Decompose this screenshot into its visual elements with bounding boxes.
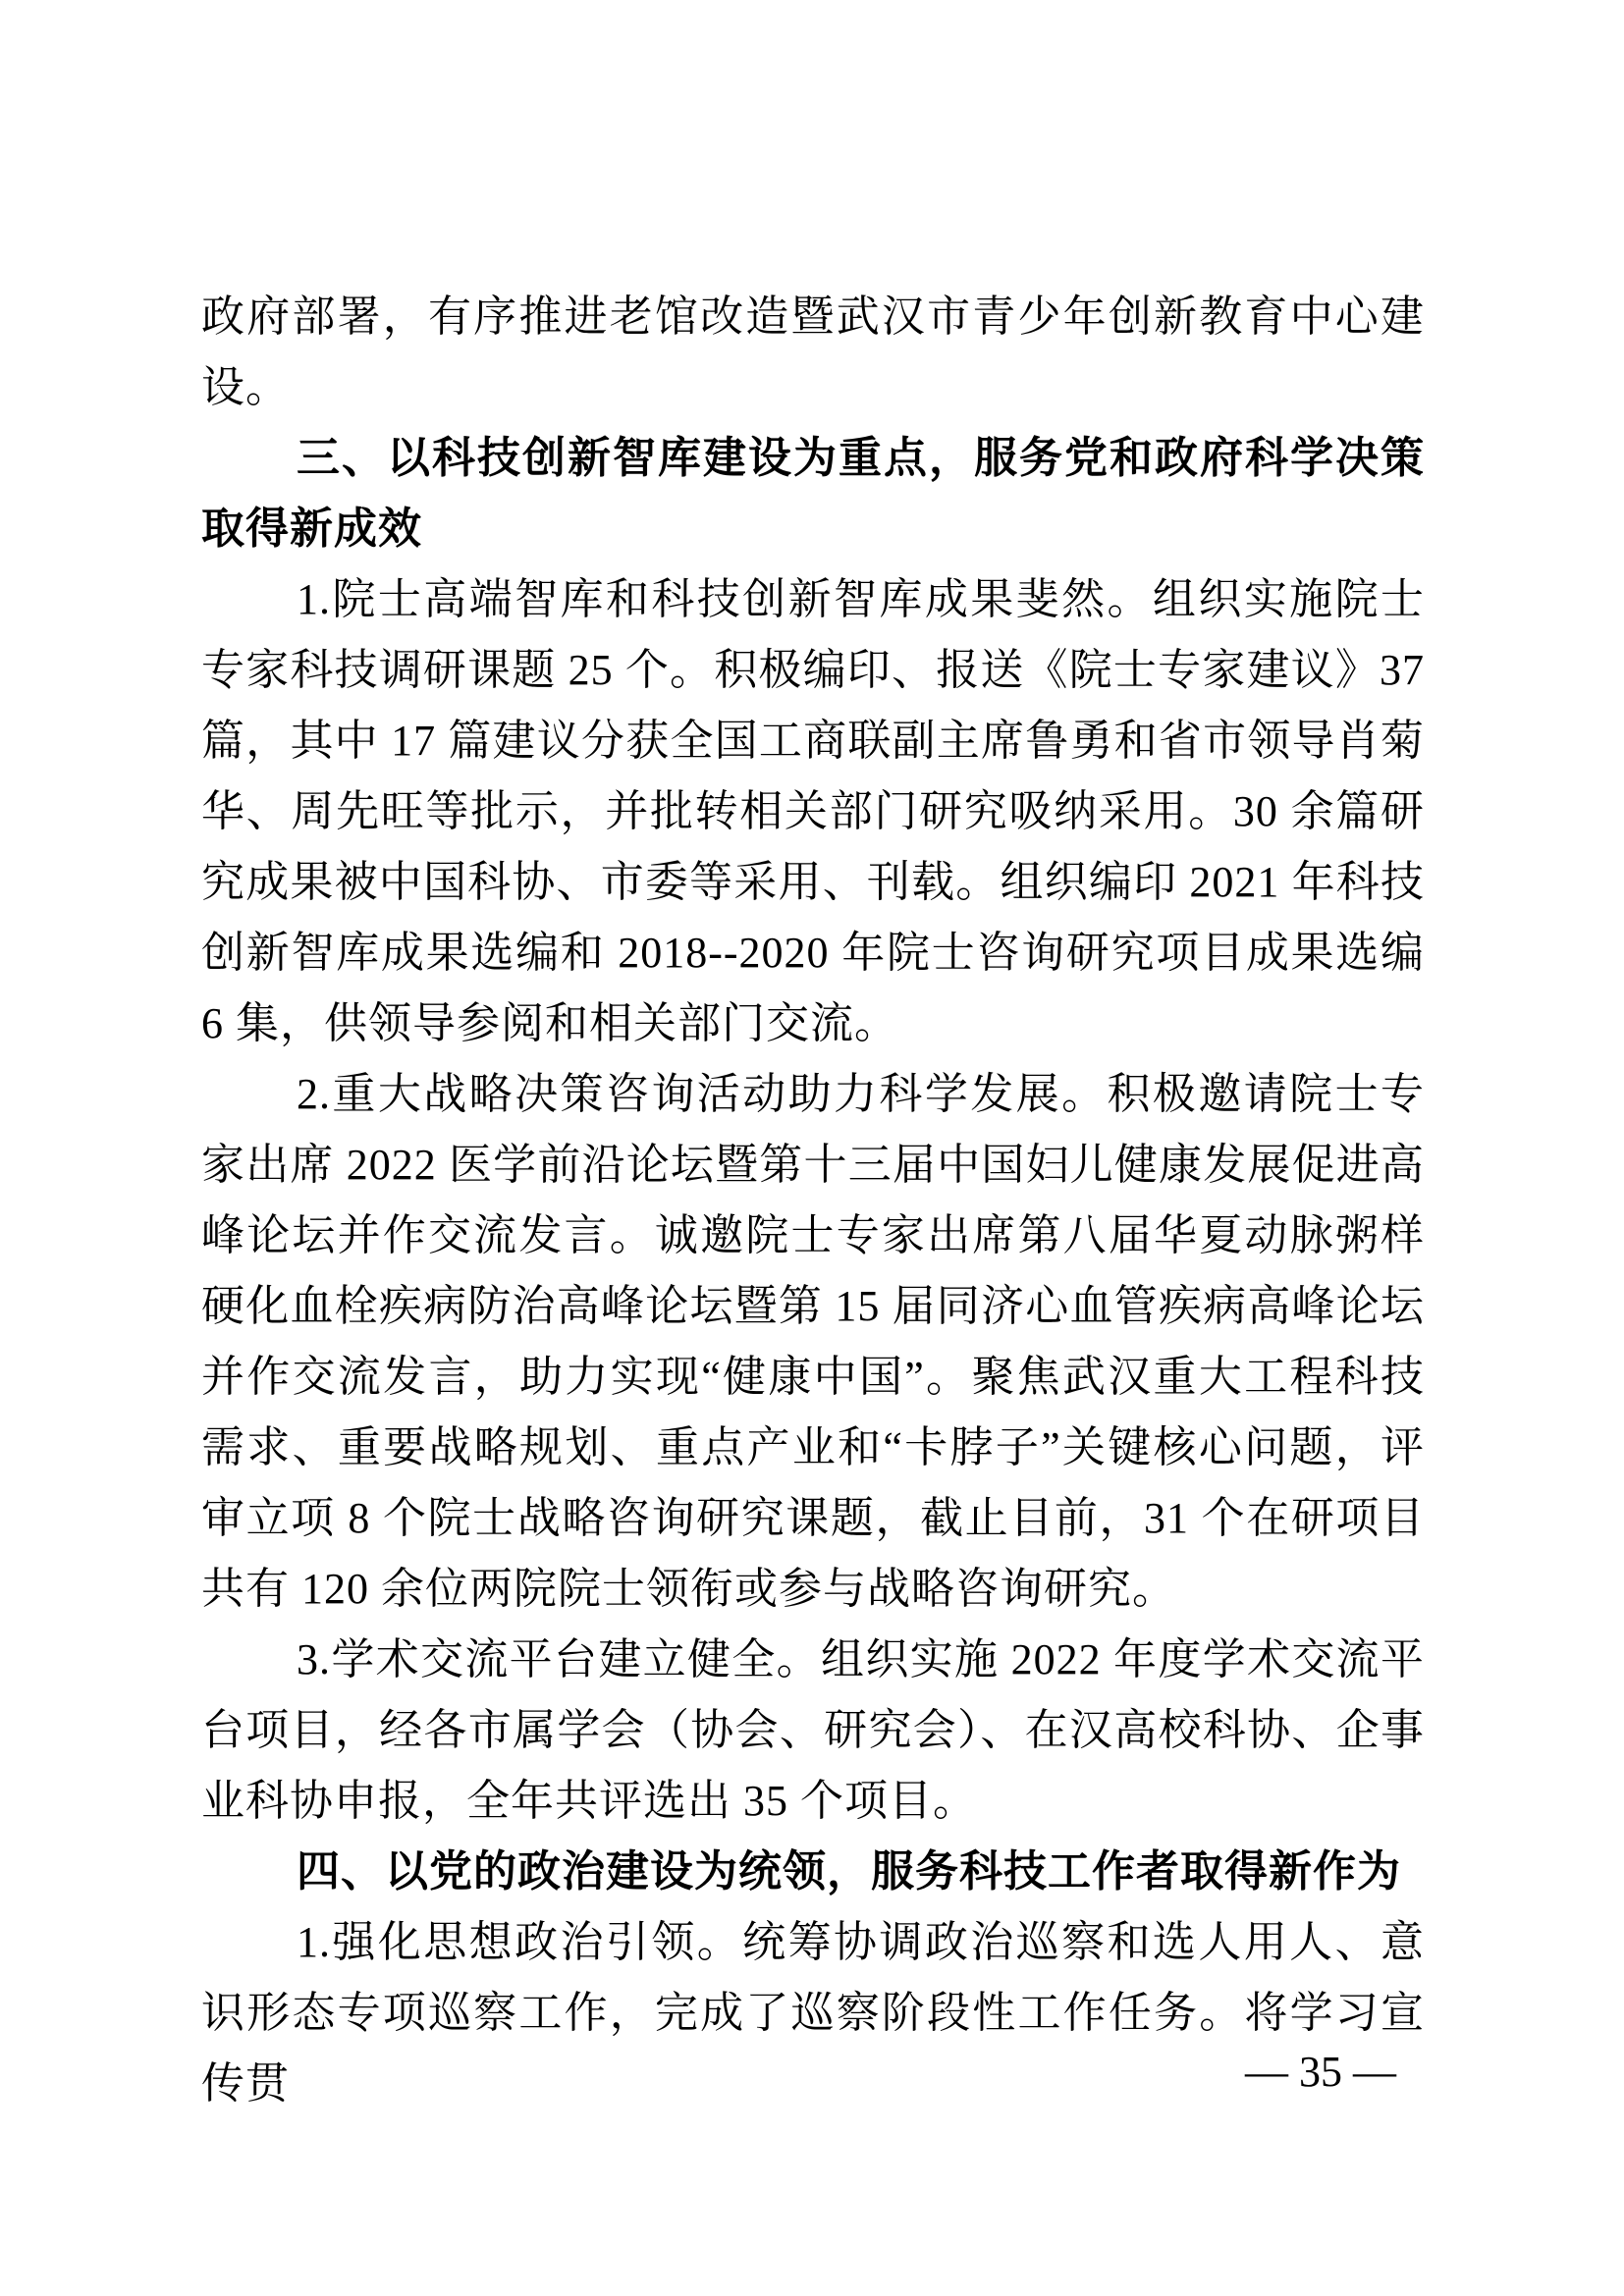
paragraph-3-2: 2.重大战略决策咨询活动助力科学发展。积极邀请院士专家出席 2022 医学前沿论… [201,1059,1425,1625]
section-heading-4: 四、以党的政治建设为统领，服务科技工作者取得新作为 [201,1837,1425,1907]
paragraph-continuation: 政府部署，有序推进老馆改造暨武汉市青少年创新教育中心建设。 [201,282,1425,423]
page-number: — 35 — [1245,2048,1396,2097]
paragraph-4-1: 1.强化思想政治引领。统筹协调政治巡察和选人用人、意识形态专项巡察工作，完成了巡… [201,1907,1425,2119]
paragraph-3-1: 1.院士高端智库和科技创新智库成果斐然。组织实施院士专家科技调研课题 25 个。… [201,564,1425,1059]
section-heading-3: 三、以科技创新智库建设为重点，服务党和政府科学决策取得新成效 [201,423,1425,564]
document-page: 政府部署，有序推进老馆改造暨武汉市青少年创新教育中心建设。 三、以科技创新智库建… [0,0,1624,2296]
paragraph-3-3: 3.学术交流平台建立健全。组织实施 2022 年度学术交流平台项目，经各市属学会… [201,1625,1425,1837]
document-content: 政府部署，有序推进老馆改造暨武汉市青少年创新教育中心建设。 三、以科技创新智库建… [201,282,1425,2119]
